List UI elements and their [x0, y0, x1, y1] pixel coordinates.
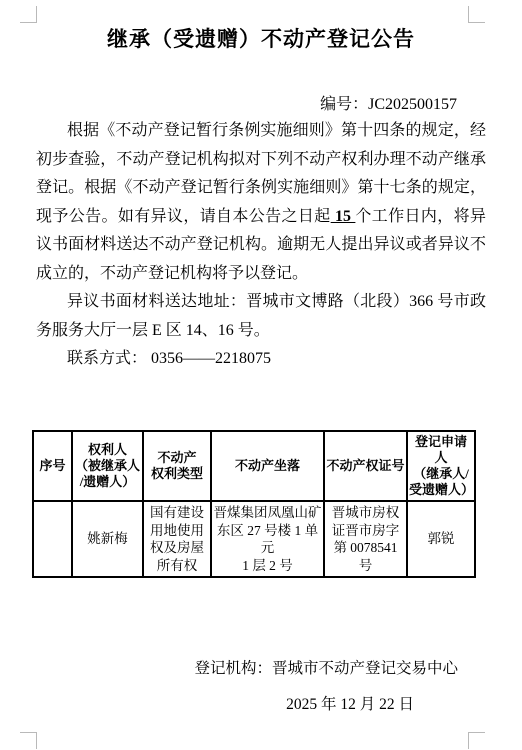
page-title: 继承（受遗赠）不动产登记公告	[36, 23, 486, 53]
document-page: 继承（受遗赠）不动产登记公告 编号：JC202500157 根据《不动产登记暂行…	[0, 0, 522, 750]
header-serial-number: 序号	[33, 431, 72, 501]
objection-days-value: 15	[331, 208, 356, 225]
cell-right-type: 国有建设 用地使用 权及房屋 所有权	[143, 501, 211, 577]
table-header-row: 序号 权利人 （被继承人 /遗赠人） 不动产 权利类型 不动产坐落 不动产权证号…	[33, 431, 475, 501]
margin-mark-bottom-left-icon	[20, 732, 37, 749]
margin-mark-top-right-icon	[468, 6, 485, 23]
cell-right-holder: 姚新梅	[72, 501, 143, 577]
header-right-type: 不动产 权利类型	[143, 431, 211, 501]
registration-table: 序号 权利人 （被继承人 /遗赠人） 不动产 权利类型 不动产坐落 不动产权证号…	[32, 430, 476, 578]
paragraph-contact: 联系方式： 0356——2218075	[36, 345, 486, 374]
registration-agency: 登记机构：晋城市不动产登记交易中心	[36, 656, 486, 678]
header-certificate-number: 不动产权证号	[324, 431, 407, 501]
paragraph-notice: 根据《不动产登记暂行条例实施细则》第十四条的规定，经初步查验，不动产登记机构拟对…	[36, 117, 486, 288]
table-row: 姚新梅 国有建设 用地使用 权及房屋 所有权 晋煤集团凤凰山矿 东区 27 号楼…	[33, 501, 475, 577]
cell-applicant: 郭锐	[407, 501, 475, 577]
cell-certificate-number: 晋城市房权 证晋市房字 第 0078541 号	[324, 501, 407, 577]
header-applicant: 登记申请人 （继承人/ 受遗赠人）	[407, 431, 475, 501]
margin-mark-top-left-icon	[20, 6, 37, 23]
cell-property-location: 晋煤集团凤凰山矿 东区 27 号楼 1 单元 1 层 2 号	[211, 501, 324, 577]
paragraph-address: 异议书面材料送达地址：晋城市文博路（北段）366 号市政务服务大厅一层 E 区 …	[36, 288, 486, 345]
cell-serial-number	[33, 501, 72, 577]
doc-number: 编号：JC202500157	[36, 91, 486, 114]
announcement-date: 2025 年 12 月 22 日	[36, 692, 486, 714]
header-property-location: 不动产坐落	[211, 431, 324, 501]
margin-mark-bottom-right-icon	[468, 732, 485, 749]
notice-body: 根据《不动产登记暂行条例实施细则》第十四条的规定，经初步查验，不动产登记机构拟对…	[36, 117, 486, 374]
header-right-holder: 权利人 （被继承人 /遗赠人）	[72, 431, 143, 501]
